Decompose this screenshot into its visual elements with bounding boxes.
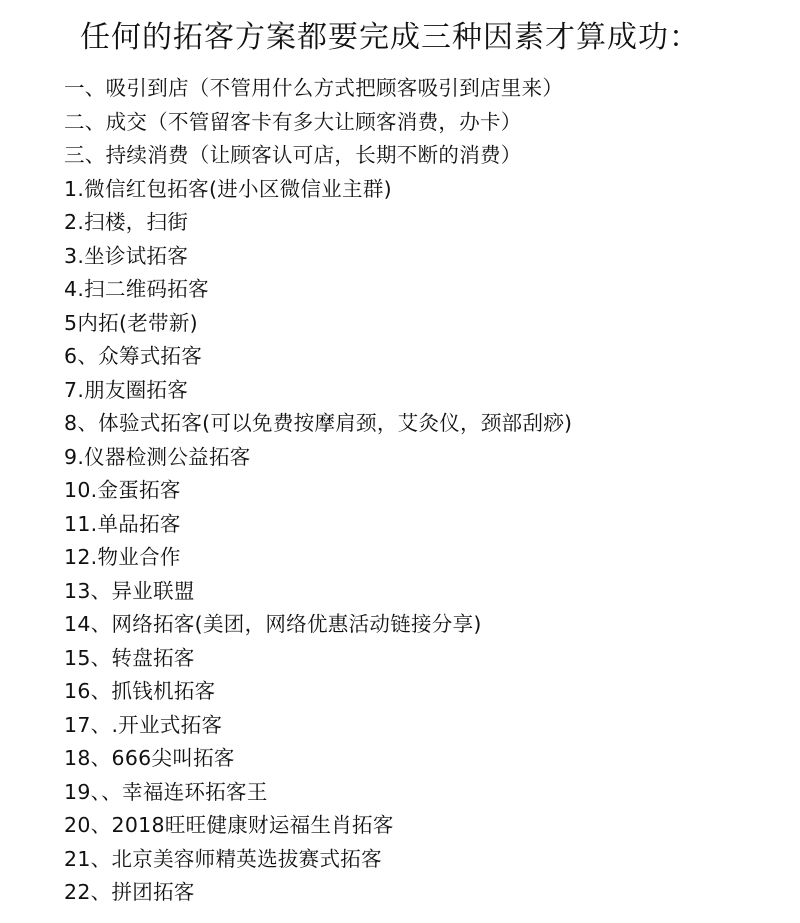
- method-item: 8、体验式拓客(可以免费按摩肩颈，艾灸仪，颈部刮痧): [64, 407, 572, 441]
- method-item: 1.微信红包拓客(进小区微信业主群): [64, 173, 572, 207]
- method-item: 18、666尖叫拓客: [64, 742, 572, 776]
- method-item: 16、抓钱机拓客: [64, 675, 572, 709]
- method-item: 15、转盘拓客: [64, 642, 572, 676]
- method-item: 7.朋友圈拓客: [64, 374, 572, 408]
- method-item: 12.物业合作: [64, 541, 572, 575]
- method-item: 4.扫二维码拓客: [64, 273, 572, 307]
- method-item: 9.仪器检测公益拓客: [64, 441, 572, 475]
- method-item: 22、拼团拓客: [64, 876, 572, 910]
- method-item: 11.单品拓客: [64, 508, 572, 542]
- factor-item: 三、持续消费（让顾客认可店，长期不断的消费）: [64, 139, 572, 173]
- factor-item: 一、吸引到店（不管用什么方式把顾客吸引到店里来）: [64, 72, 572, 106]
- method-item: 5内拓(老带新): [64, 307, 572, 341]
- content-list: 一、吸引到店（不管用什么方式把顾客吸引到店里来） 二、成交（不管留客卡有多大让顾…: [64, 72, 572, 910]
- factor-item: 二、成交（不管留客卡有多大让顾客消费，办卡）: [64, 106, 572, 140]
- document-page: 任何的拓客方案都要完成三种因素才算成功： 一、吸引到店（不管用什么方式把顾客吸引…: [0, 0, 800, 923]
- document-title: 任何的拓客方案都要完成三种因素才算成功：: [80, 16, 700, 60]
- method-item: 6、众筹式拓客: [64, 340, 572, 374]
- method-item: 14、网络拓客(美团，网络优惠活动链接分享): [64, 608, 572, 642]
- method-item: 20、2018旺旺健康财运福生肖拓客: [64, 809, 572, 843]
- method-item: 17、.开业式拓客: [64, 709, 572, 743]
- method-item: 10.金蛋拓客: [64, 474, 572, 508]
- method-item: 19、、幸福连环拓客王: [64, 776, 572, 810]
- method-item: 13、异业联盟: [64, 575, 572, 609]
- method-item: 21、北京美容师精英选拔赛式拓客: [64, 843, 572, 877]
- method-item: 2.扫楼，扫街: [64, 206, 572, 240]
- method-item: 3.坐诊试拓客: [64, 240, 572, 274]
